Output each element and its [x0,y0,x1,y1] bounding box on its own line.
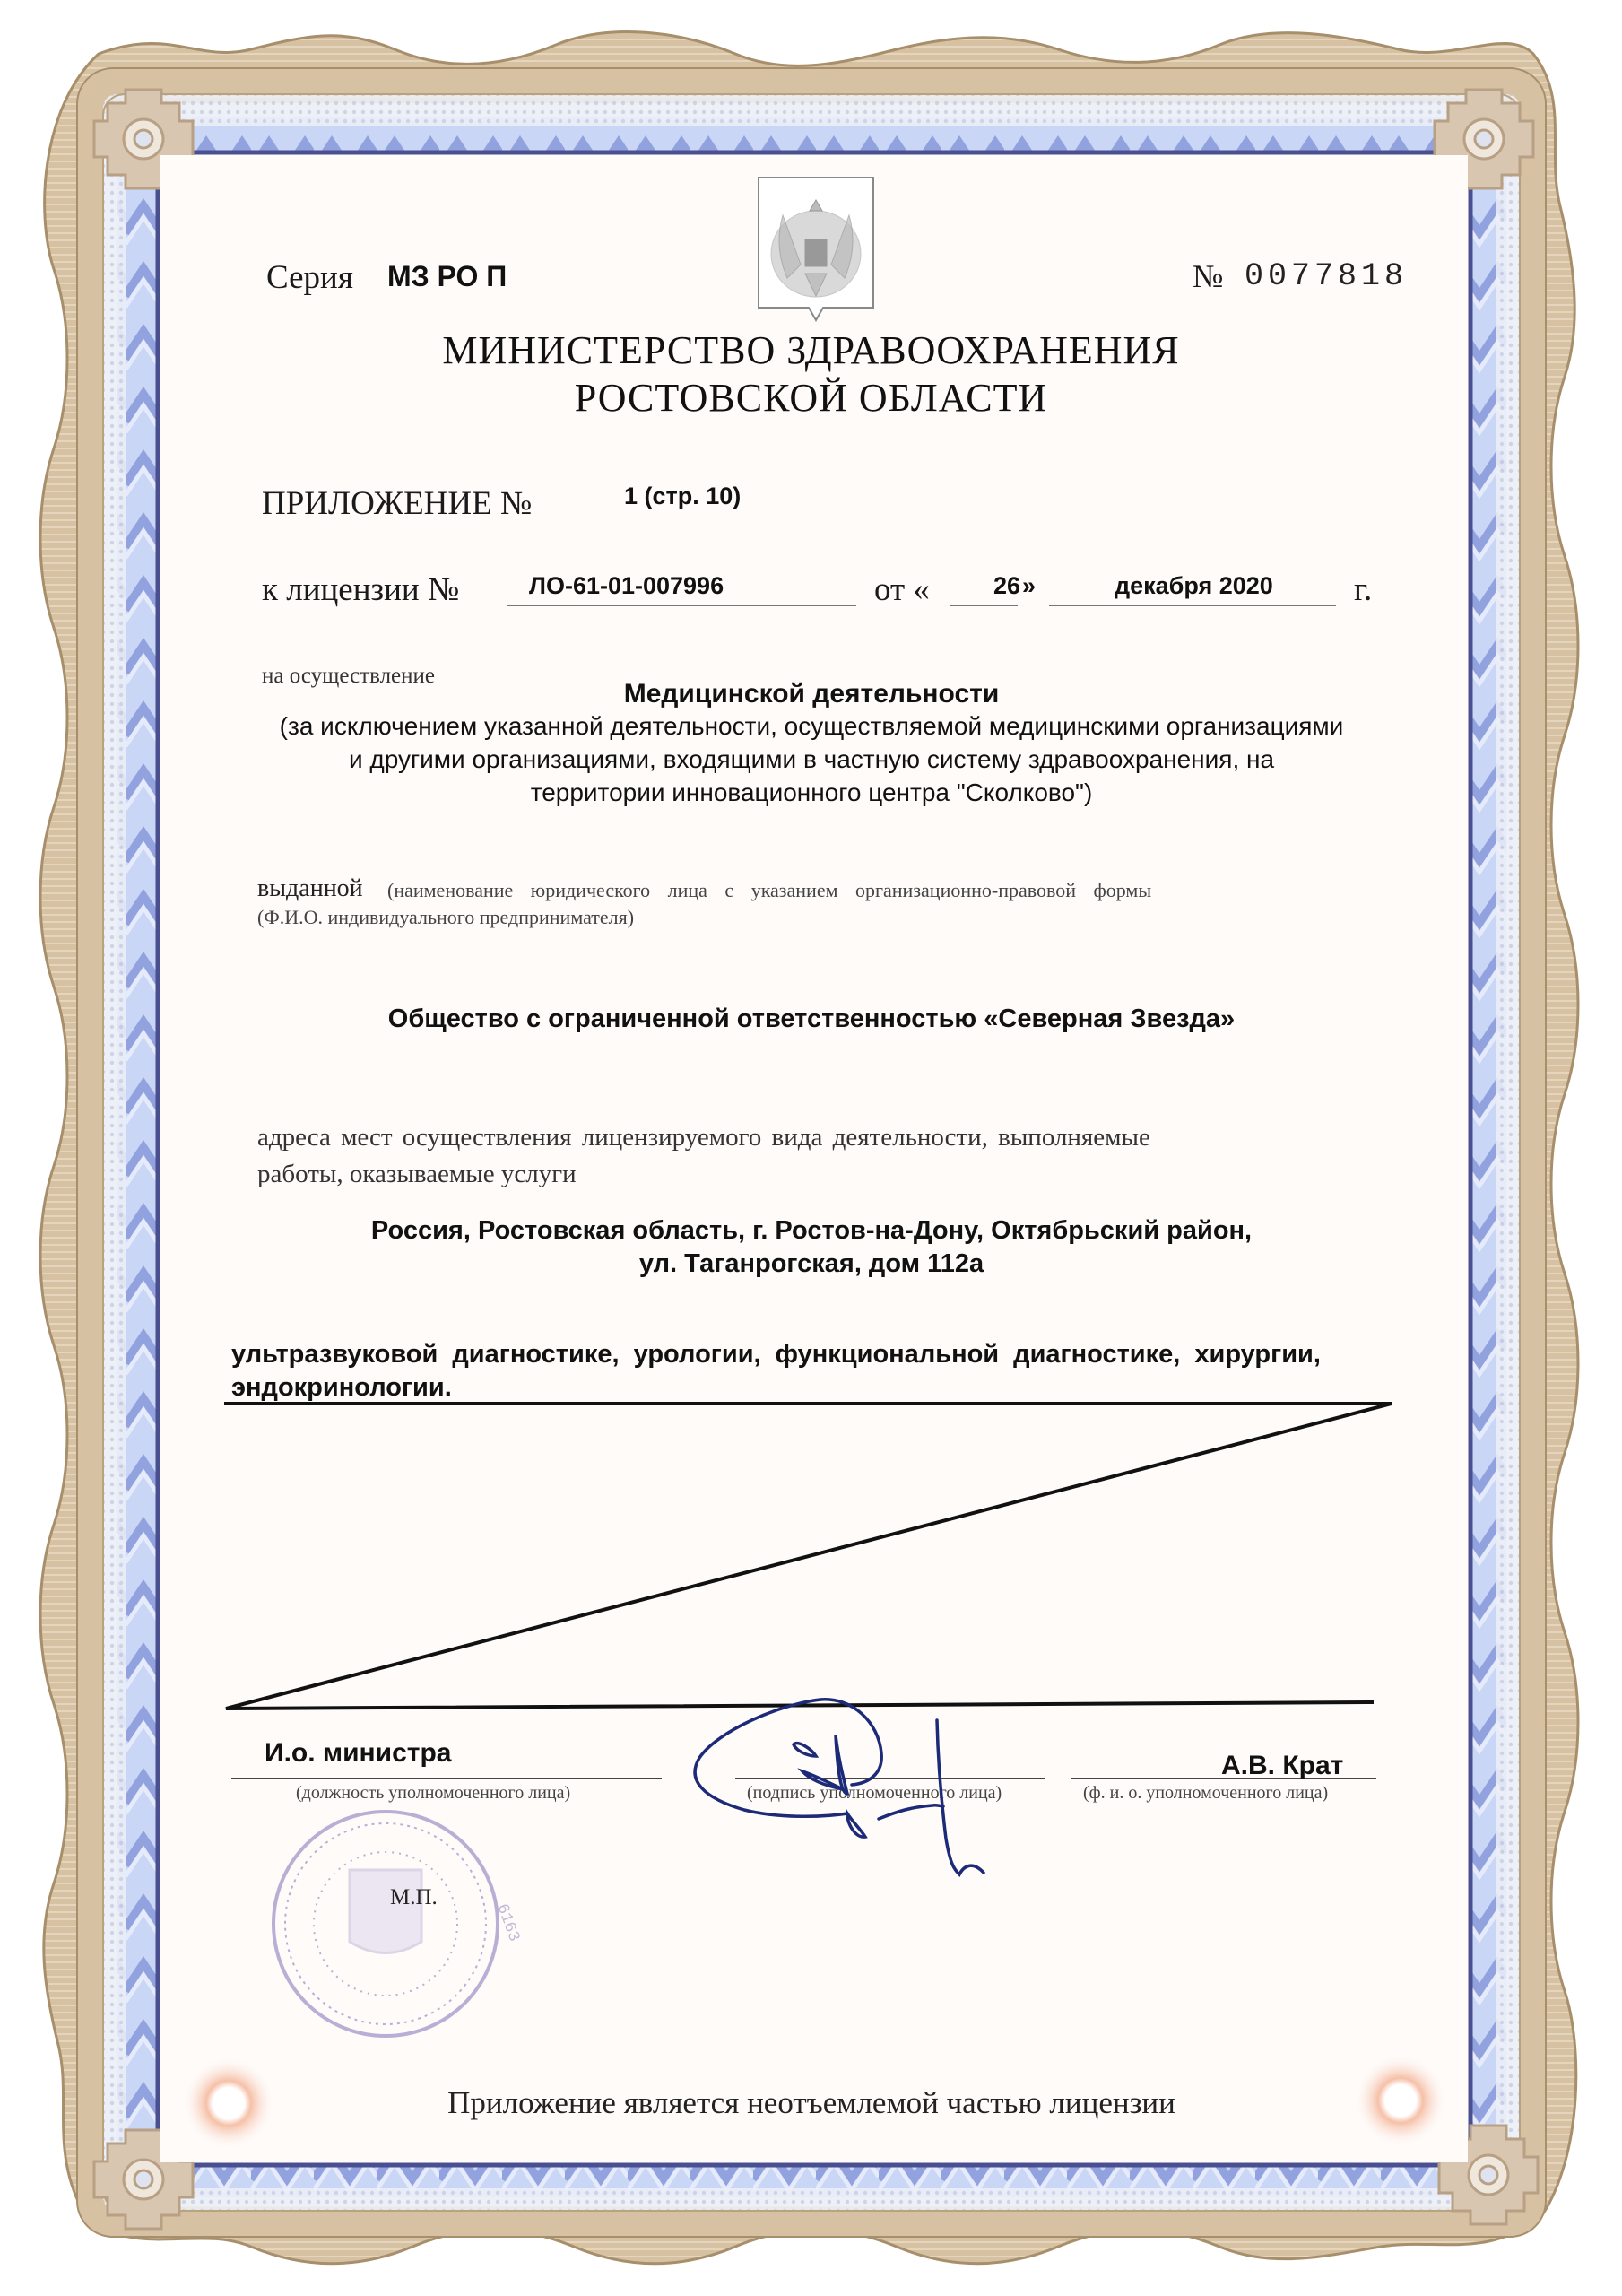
stamp-placeholder-label: М.П. [390,1885,438,1910]
signatory-position: И.о. министра [265,1738,451,1769]
position-hint: (должность уполномоченного лица) [296,1783,570,1804]
handwritten-signature [664,1686,1022,1919]
official-stamp: 6163 [251,1798,547,2058]
signatory-name: А.В. Крат [1221,1751,1343,1781]
name-hint: (ф. и. о. уполномоченного лица) [1083,1783,1328,1804]
footer-note: Приложение является неотъемлемой частью … [224,2085,1399,2121]
blank-space-strikeout [0,0,1622,2296]
license-appendix-page: Серия МЗ РО П № 0077818 МИНИСТЕРСТВО ЗДР… [0,0,1622,2296]
position-underline [231,1778,662,1779]
